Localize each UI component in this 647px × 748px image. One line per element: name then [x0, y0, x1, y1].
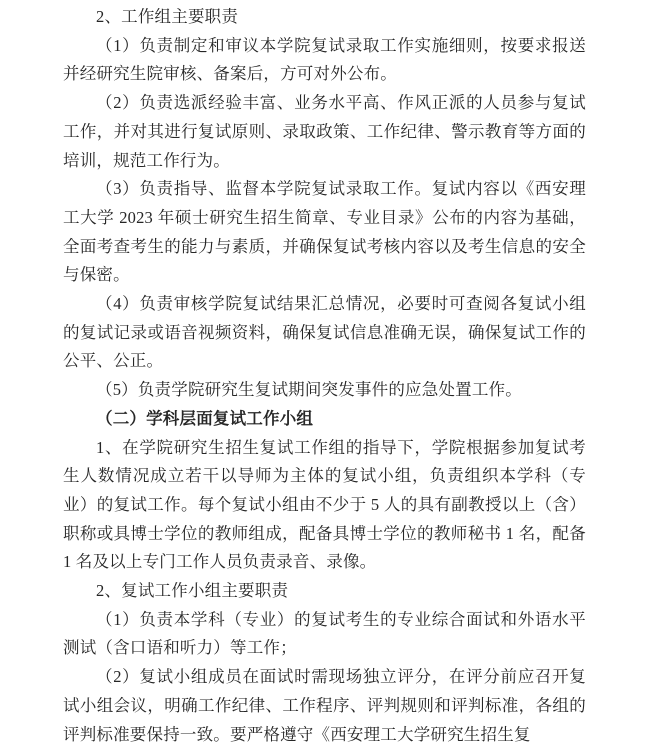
- paragraph-duty-3: （3）负责指导、监督本学院复试录取工作。复试内容以《西安理工大学 2023 年硕…: [63, 175, 586, 290]
- paragraph-duty-2: （2）负责选派经验丰富、业务水平高、作风正派的人员参与复试工作，并对其进行复试原…: [63, 89, 586, 175]
- heading-workgroup-main-duties: 2、工作组主要职责: [63, 3, 586, 32]
- paragraph-duty-4: （4）负责审核学院复试结果汇总情况，必要时可查阅各复试小组的复试记录或语音视频资…: [63, 290, 586, 376]
- heading-group-main-duties: 2、复试工作小组主要职责: [63, 577, 586, 606]
- paragraph-group-duty-2: （2）复试小组成员在面试时需现场独立评分，在评分前应召开复试小组会议，明确工作纪…: [63, 663, 586, 748]
- paragraph-duty-1: （1）负责制定和审议本学院复试录取工作实施细则，按要求报送并经研究生院审核、备案…: [63, 32, 586, 89]
- paragraph-group-formation: 1、在学院研究生招生复试工作组的指导下，学院根据参加复试考生人数情况成立若干以导…: [63, 434, 586, 578]
- document-page: 2、工作组主要职责 （1）负责制定和审议本学院复试录取工作实施细则，按要求报送并…: [0, 0, 647, 748]
- section-heading-discipline-level-group: （二）学科层面复试工作小组: [63, 405, 586, 434]
- paragraph-group-duty-1: （1）负责本学科（专业）的复试考生的专业综合面试和外语水平测试（含口语和听力）等…: [63, 606, 586, 663]
- paragraph-duty-5: （5）负责学院研究生复试期间突发事件的应急处置工作。: [63, 376, 586, 405]
